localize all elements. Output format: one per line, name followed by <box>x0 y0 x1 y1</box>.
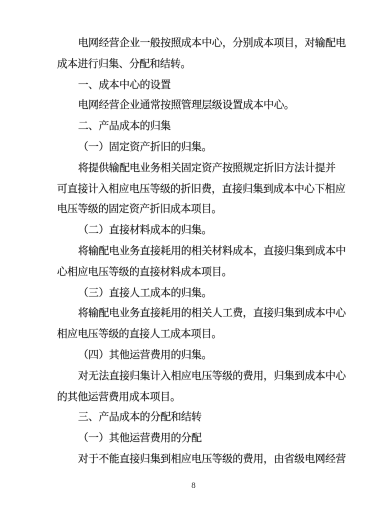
page-number: 8 <box>0 480 387 490</box>
text-line: 心相应电压等级的直接材料成本项目。 <box>57 263 349 284</box>
text-line: 相应电压等级的直接人工成本项目。 <box>57 325 349 346</box>
text-line: 电压等级的固定资产折旧成本项目。 <box>57 200 349 221</box>
text-line: 的其他运营费用成本项目。 <box>57 388 349 409</box>
text-line: 对于不能直接归集到相应电压等级的费用，由省级电网经营 <box>57 450 349 471</box>
document-page: 电网经营企业一般按照成本中心，分别成本项目，对输配电成本进行归集、分配和结转。一… <box>0 0 387 525</box>
text-line: （一）其他运营费用的分配 <box>57 429 349 450</box>
text-line: 对无法直接归集计入相应电压等级的费用，归集到成本中心 <box>57 367 349 388</box>
text-line: 将输配电业务直接耗用的相关人工费，直接归集到成本中心 <box>57 304 349 325</box>
text-line: 电网经营企业通常按照管理层级设置成本中心。 <box>57 96 349 117</box>
text-line: 一、成本中心的设置 <box>57 76 349 97</box>
text-line: 将提供输配电业务相关固定资产按照规定折旧方法计提并 <box>57 159 349 180</box>
text-line: （四）其他运营费用的归集。 <box>57 346 349 367</box>
document-text-block: 电网经营企业一般按照成本中心，分别成本项目，对输配电成本进行归集、分配和结转。一… <box>57 34 349 471</box>
text-line: （一）固定资产折旧的归集。 <box>57 138 349 159</box>
text-line: 可直接计入相应电压等级的折旧费，直接归集到成本中心下相应 <box>57 180 349 201</box>
text-line: （三）直接人工成本的归集。 <box>57 284 349 305</box>
text-line: 三、产品成本的分配和结转 <box>57 408 349 429</box>
text-line: 二、产品成本的归集 <box>57 117 349 138</box>
text-line: 电网经营企业一般按照成本中心，分别成本项目，对输配电 <box>57 34 349 55</box>
text-line: 将输配电业务直接耗用的相关材料成本，直接归集到成本中 <box>57 242 349 263</box>
text-line: 成本进行归集、分配和结转。 <box>57 55 349 76</box>
text-line: （二）直接材料成本的归集。 <box>57 221 349 242</box>
